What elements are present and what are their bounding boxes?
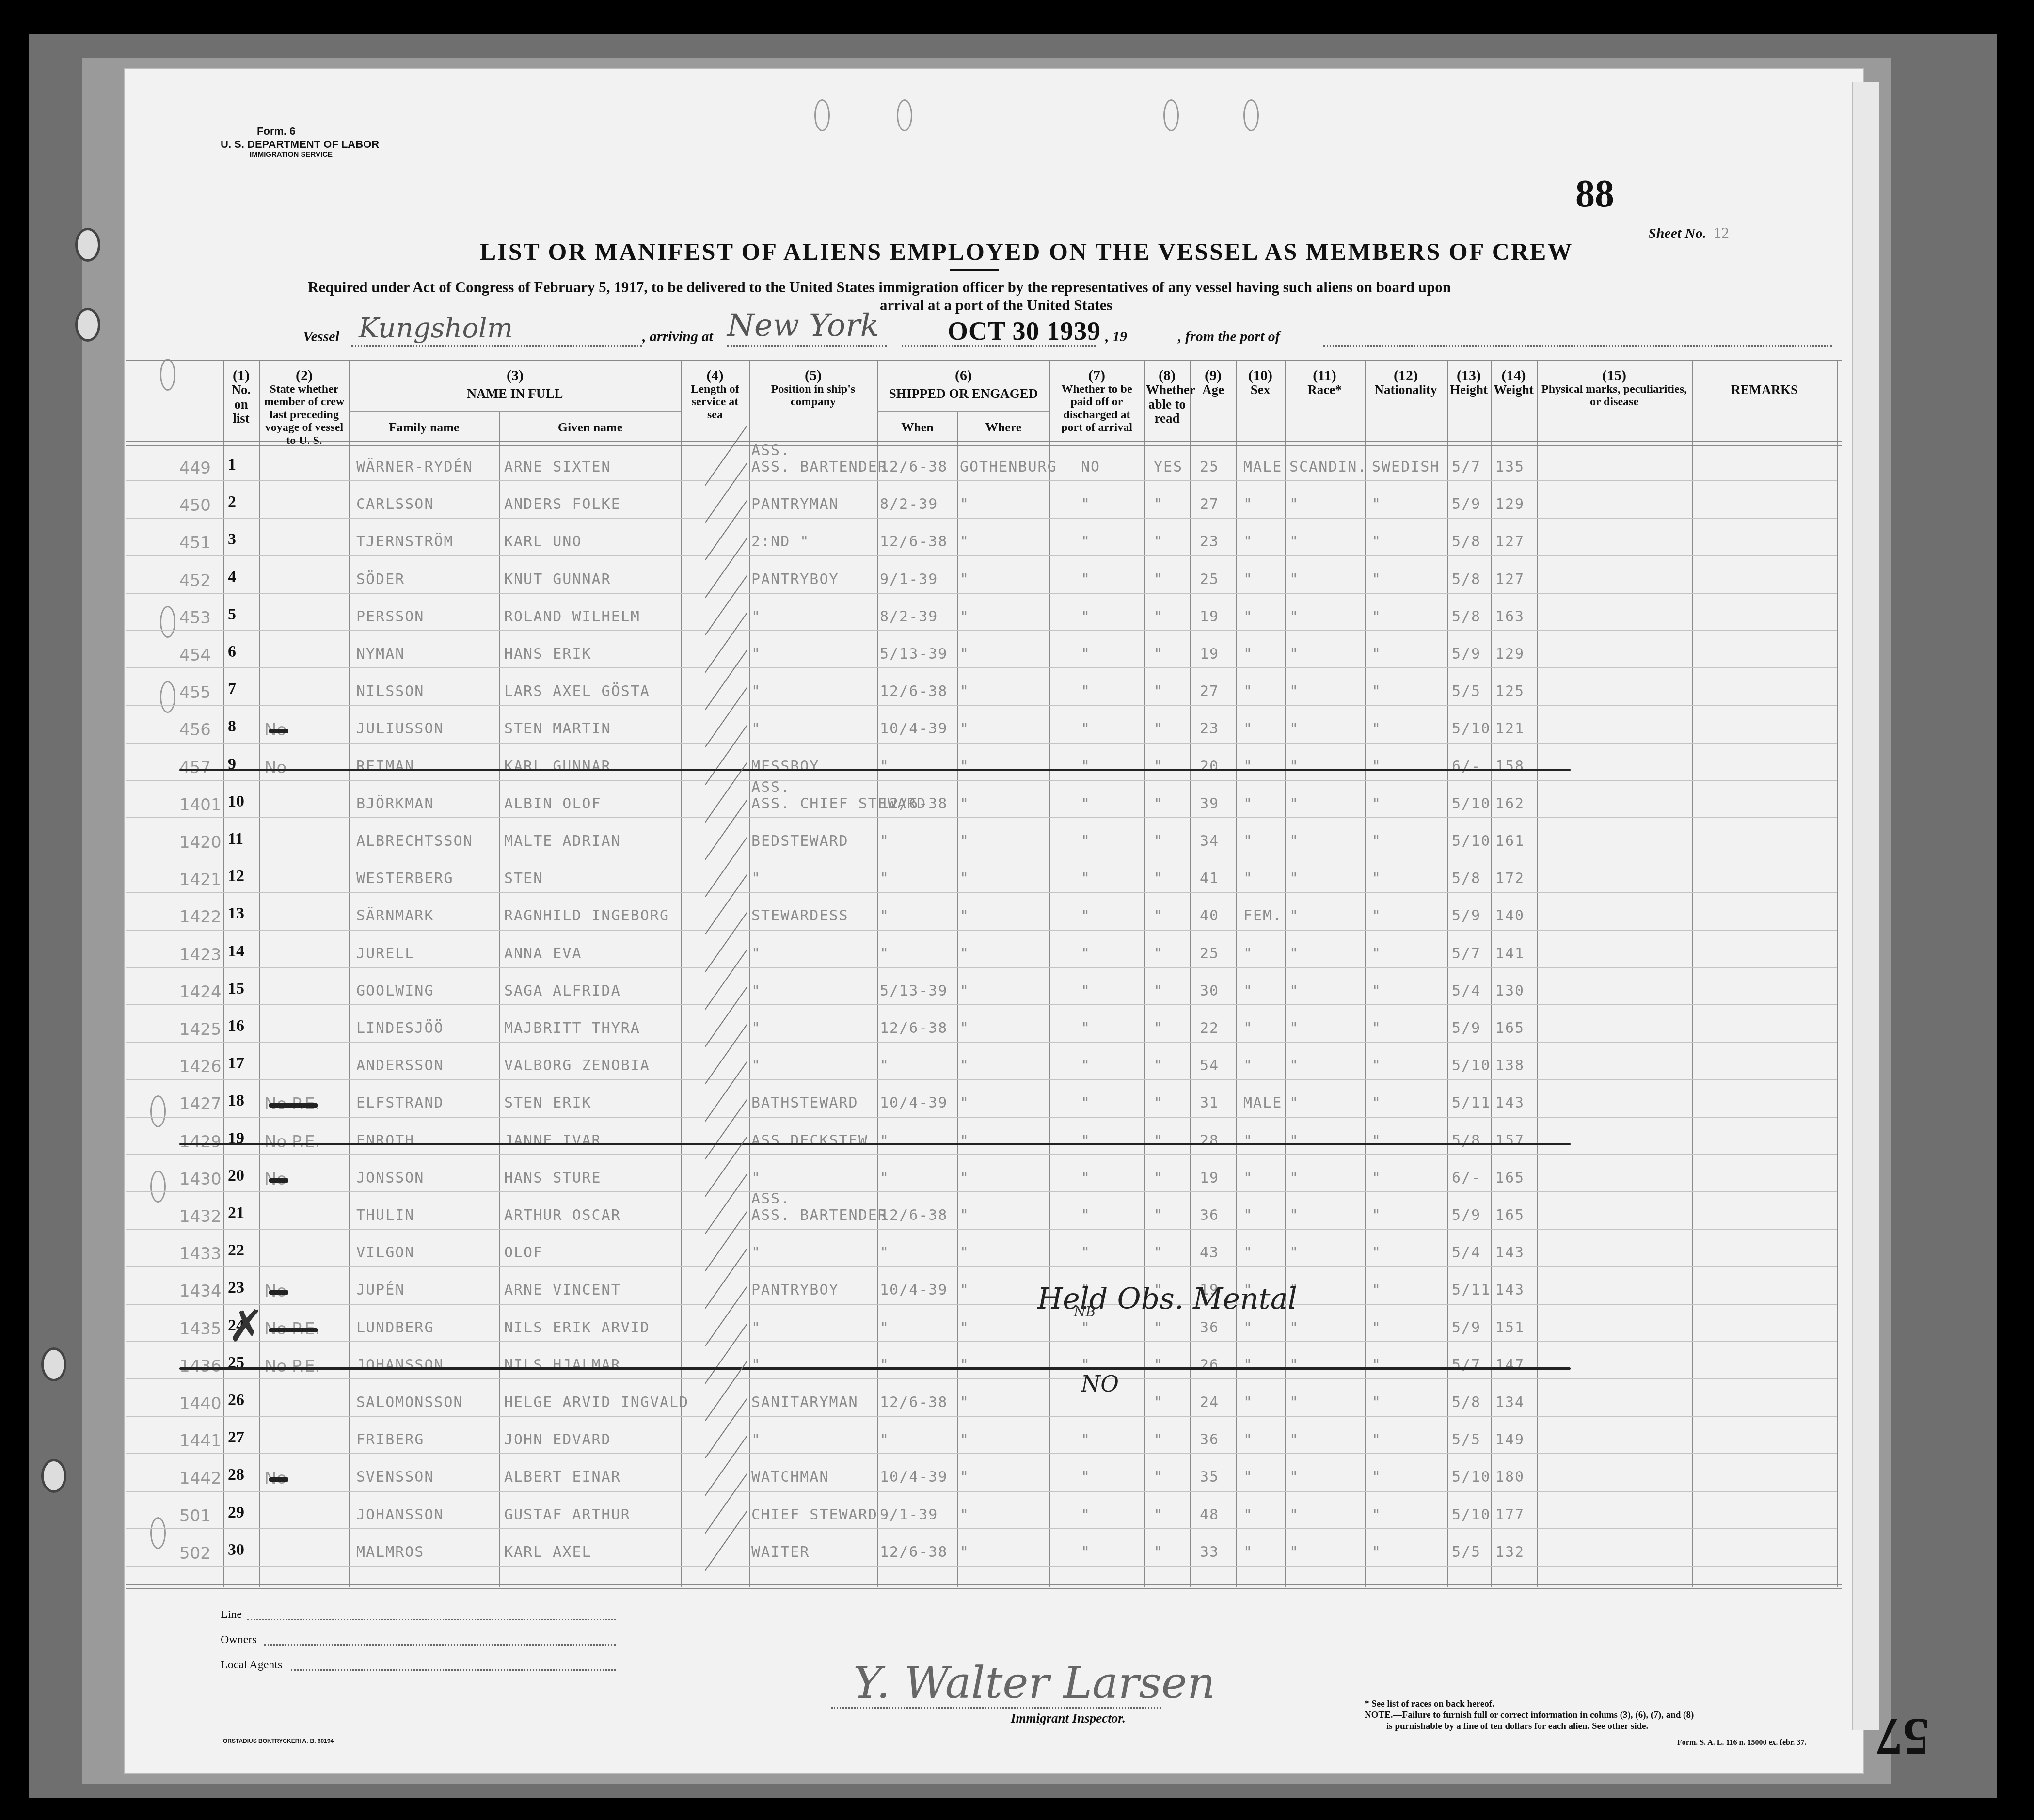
column-header: Height xyxy=(1449,383,1489,397)
column-header: REMARKS xyxy=(1694,383,1835,397)
given-name: KARL AXEL xyxy=(504,1544,592,1561)
shipped-where: " xyxy=(960,1506,969,1523)
shipped-when: 12/6-38 xyxy=(880,1207,948,1224)
punch-hole-icon xyxy=(814,99,830,131)
weight: 165 xyxy=(1495,1170,1525,1187)
given-name: SAGA ALFRIDA xyxy=(504,982,621,999)
prev-voyage-strike xyxy=(269,1290,288,1295)
position: PANTRYBOY xyxy=(751,1282,839,1298)
column-subheader: Family name xyxy=(349,421,499,435)
height: 5/10 xyxy=(1452,720,1491,737)
race: " xyxy=(1289,646,1299,663)
shipped-where: " xyxy=(960,1544,969,1561)
row-rule xyxy=(126,1229,1837,1230)
able-to-read: " xyxy=(1154,795,1163,812)
shipped-where: " xyxy=(960,571,969,588)
race: " xyxy=(1289,945,1299,962)
shipped-where: " xyxy=(960,1282,969,1298)
paid-off: " xyxy=(1081,1431,1091,1448)
row-number: 17 xyxy=(228,1054,244,1073)
paid-off: " xyxy=(1081,1544,1091,1561)
shipped-where: " xyxy=(960,1020,969,1037)
shipped-when: " xyxy=(880,1132,890,1149)
height: 5/7 xyxy=(1452,945,1481,962)
height: 5/10 xyxy=(1452,1057,1491,1074)
age: 39 xyxy=(1200,795,1219,812)
column-header: Length of service at sea xyxy=(683,383,747,421)
height: 5/7 xyxy=(1452,1357,1481,1374)
paid-off: NO xyxy=(1081,459,1100,475)
row-number: 23 xyxy=(228,1279,244,1297)
sex: " xyxy=(1243,870,1253,887)
nationality: " xyxy=(1372,758,1382,775)
shipped-when: " xyxy=(880,870,890,887)
paid-off: " xyxy=(1081,1244,1091,1261)
family-name: JOHANSSON xyxy=(356,1506,444,1523)
position: " xyxy=(751,982,761,999)
weight: 163 xyxy=(1495,608,1525,625)
row-number: 5 xyxy=(228,605,236,624)
shipped-when: 12/6-38 xyxy=(880,795,948,812)
paid-off: " xyxy=(1081,1132,1091,1149)
row-number: 28 xyxy=(228,1466,244,1484)
family-name: TJERNSTRÖM xyxy=(356,533,454,550)
age: 40 xyxy=(1200,907,1219,924)
row-number: 7 xyxy=(228,680,236,698)
height: 5/9 xyxy=(1452,1207,1481,1224)
family-name: REIMAN xyxy=(356,758,414,775)
shipped-when: " xyxy=(880,1057,890,1074)
shipped-where: " xyxy=(960,1132,969,1149)
sex: " xyxy=(1243,1357,1253,1374)
family-name: GOOLWING xyxy=(356,982,434,999)
family-name: LINDESJÖÖ xyxy=(356,1020,444,1037)
height: 5/4 xyxy=(1452,1244,1481,1261)
row-number: 26 xyxy=(228,1391,244,1409)
race-note: * See list of races on back hereof. xyxy=(1365,1699,1494,1709)
position-prefix: ASS. xyxy=(751,779,790,796)
age: 27 xyxy=(1200,496,1219,513)
row-rule xyxy=(126,1266,1837,1267)
binding-hole-icon xyxy=(75,308,100,342)
position: " xyxy=(751,720,761,737)
height: 5/9 xyxy=(1452,646,1481,663)
able-to-read: " xyxy=(1154,608,1163,625)
binding-hole-icon xyxy=(41,1459,66,1493)
height: 5/10 xyxy=(1452,833,1491,850)
position: WAITER xyxy=(751,1544,810,1561)
binding-hole-icon xyxy=(75,228,100,262)
shipped-when: 5/13-39 xyxy=(880,982,948,999)
age: 33 xyxy=(1200,1544,1219,1561)
age: 22 xyxy=(1200,1020,1219,1037)
able-to-read: " xyxy=(1154,758,1163,775)
vessel-name: Kungsholm xyxy=(359,313,513,344)
shipped-when: 12/6-38 xyxy=(880,1394,948,1411)
sex: " xyxy=(1243,533,1253,550)
family-name: NYMAN xyxy=(356,646,405,663)
rownum-ref: 501 xyxy=(179,1506,211,1526)
nationality: " xyxy=(1372,1020,1382,1037)
column-header: SHIPPED OR ENGAGED xyxy=(879,387,1048,401)
row-rule xyxy=(126,1004,1837,1005)
shipped-when: 8/2-39 xyxy=(880,496,938,513)
weight: 165 xyxy=(1495,1020,1525,1037)
paid-off: " xyxy=(1081,945,1091,962)
shipped-where: " xyxy=(960,758,969,775)
height: 5/5 xyxy=(1452,683,1481,700)
column-subheader: Given name xyxy=(499,421,681,435)
able-to-read: " xyxy=(1154,496,1163,513)
family-name: PERSSON xyxy=(356,608,424,625)
inspector-signature: Y. Walter Larsen xyxy=(853,1658,1215,1709)
shipped-where: " xyxy=(960,646,969,663)
weight: 132 xyxy=(1495,1544,1525,1561)
nationality: " xyxy=(1372,795,1382,812)
able-to-read: " xyxy=(1154,1357,1163,1374)
race: " xyxy=(1289,1207,1299,1224)
nationality: " xyxy=(1372,1244,1382,1261)
position-prefix: ASS. xyxy=(751,1190,790,1207)
column-header: Race* xyxy=(1287,383,1363,397)
row-number: 2 xyxy=(228,493,236,511)
able-to-read: " xyxy=(1154,1207,1163,1224)
given-name: HANS ERIK xyxy=(504,646,592,663)
row-strikethrough xyxy=(179,1143,1571,1145)
page-title: LIST OR MANIFEST OF ALIENS EMPLOYED ON T… xyxy=(480,237,1573,266)
weight: 125 xyxy=(1495,683,1525,700)
row-number: 4 xyxy=(228,568,236,586)
form-label: Form. 6 xyxy=(257,125,295,138)
height: 6/- xyxy=(1452,1170,1481,1187)
rownum-ref: 450 xyxy=(179,496,211,515)
column-number: (10) xyxy=(1236,367,1285,383)
position: " xyxy=(751,1431,761,1448)
paid-off: " xyxy=(1081,1207,1091,1224)
rownum-ref: 453 xyxy=(179,608,211,628)
given-name: LARS AXEL GÖSTA xyxy=(504,683,650,700)
family-name: MALMROS xyxy=(356,1544,424,1561)
punch-hole-icon xyxy=(150,1517,166,1549)
weight: 177 xyxy=(1495,1506,1525,1523)
rownum-ref: 449 xyxy=(179,459,211,478)
nationality: " xyxy=(1372,608,1382,625)
race: " xyxy=(1289,720,1299,737)
nationality: " xyxy=(1372,1170,1382,1187)
family-name: FRIBERG xyxy=(356,1431,424,1448)
shipped-when: " xyxy=(880,1170,890,1187)
given-name: HANS STURE xyxy=(504,1170,602,1187)
shipped-when: 10/4-39 xyxy=(880,720,948,737)
row-rule xyxy=(126,967,1837,968)
weight: 143 xyxy=(1495,1094,1525,1111)
race: " xyxy=(1289,571,1299,588)
height: 5/11 xyxy=(1452,1282,1491,1298)
race: " xyxy=(1289,1170,1299,1187)
position: ASS. BARTENDER xyxy=(751,1207,888,1224)
position: STEWARDESS xyxy=(751,907,849,924)
position: " xyxy=(751,608,761,625)
paid-off: " xyxy=(1081,1020,1091,1037)
nationality: " xyxy=(1372,1431,1382,1448)
position: ASS.DECKSTEW. xyxy=(751,1132,878,1149)
row-rule xyxy=(126,930,1837,931)
row-rule xyxy=(126,1566,1837,1567)
weight: 158 xyxy=(1495,758,1525,775)
nationality: " xyxy=(1372,646,1382,663)
shipped-when: 9/1-39 xyxy=(880,1506,938,1523)
rownum-ref: 1434 xyxy=(179,1282,222,1301)
given-name: JOHN EDVARD xyxy=(504,1431,611,1448)
family-name: ALBRECHTSSON xyxy=(356,833,473,850)
height: 5/10 xyxy=(1452,1469,1491,1486)
column-number: (1) xyxy=(223,367,259,383)
given-name: HELGE ARVID INGVALD xyxy=(504,1394,689,1411)
header-bottom-rule xyxy=(126,441,1842,446)
given-name: JANNE IVAR xyxy=(504,1132,602,1149)
age: 25 xyxy=(1200,945,1219,962)
rownum-ref: 454 xyxy=(179,646,211,665)
row-number: 10 xyxy=(228,792,244,811)
rownum-ref: 455 xyxy=(179,683,211,702)
stamp-number: 88 xyxy=(1575,172,1614,216)
nationality: " xyxy=(1372,1207,1382,1224)
row-rule xyxy=(126,1416,1837,1417)
row-rule xyxy=(126,1079,1837,1080)
height: 5/8 xyxy=(1452,608,1481,625)
row-number: 16 xyxy=(228,1017,244,1035)
column-number: (14) xyxy=(1491,367,1537,383)
sex: MALE xyxy=(1243,459,1282,475)
able-to-read: " xyxy=(1154,1544,1163,1561)
column-rule xyxy=(223,361,224,1587)
department-label: U. S. DEPARTMENT OF LABOR xyxy=(221,138,379,151)
handwritten-nb: NB xyxy=(1074,1304,1096,1320)
row-rule xyxy=(126,1378,1837,1379)
arriving-label: , arriving at xyxy=(642,329,713,345)
column-header: Weight xyxy=(1493,383,1535,397)
family-name: WÄRNER-RYDÉN xyxy=(356,459,473,475)
paid-off: " xyxy=(1081,982,1091,999)
nationality: " xyxy=(1372,1319,1382,1336)
form-code: Form. S. A. L. 116 n. 15000 ex. febr. 37… xyxy=(1677,1739,1807,1747)
shipped-when: 12/6-38 xyxy=(880,683,948,700)
row-rule xyxy=(126,1154,1837,1155)
shipped-when: " xyxy=(880,833,890,850)
paid-off: " xyxy=(1081,1506,1091,1523)
column-number: (5) xyxy=(749,367,877,383)
race: " xyxy=(1289,1431,1299,1448)
weight: 157 xyxy=(1495,1132,1525,1149)
sex: " xyxy=(1243,646,1253,663)
nationality: " xyxy=(1372,1057,1382,1074)
family-name: SVENSSON xyxy=(356,1469,434,1486)
shipped-when: 12/6-38 xyxy=(880,459,948,475)
paid-off: " xyxy=(1081,1469,1091,1486)
family-name: ELFSTRAND xyxy=(356,1094,444,1111)
sex: " xyxy=(1243,1057,1253,1074)
nationality: " xyxy=(1372,571,1382,588)
service-label: IMMIGRATION SERVICE xyxy=(250,150,333,158)
race: " xyxy=(1289,1506,1299,1523)
shipped-where: " xyxy=(960,1394,969,1411)
paid-off: " xyxy=(1081,907,1091,924)
given-name: VALBORG ZENOBIA xyxy=(504,1057,650,1074)
given-name: MAJBRITT THYRA xyxy=(504,1020,640,1037)
sex: " xyxy=(1243,1319,1253,1336)
height: 5/8 xyxy=(1452,870,1481,887)
prev-voyage-strike xyxy=(269,1178,288,1183)
rownum-ref: 1422 xyxy=(179,907,222,927)
race: SCANDIN. xyxy=(1289,459,1367,475)
rownum-ref: 1433 xyxy=(179,1244,222,1264)
height: 5/8 xyxy=(1452,1394,1481,1411)
row-strikethrough xyxy=(179,769,1571,771)
row-rule xyxy=(126,555,1837,556)
shipped-where: " xyxy=(960,1057,969,1074)
rownum-ref: 1440 xyxy=(179,1394,222,1413)
row-number: 3 xyxy=(228,530,236,549)
able-to-read: " xyxy=(1154,1132,1163,1149)
column-rule xyxy=(1236,361,1237,1587)
port-field-line xyxy=(727,345,887,347)
given-name: STEN MARTIN xyxy=(504,720,611,737)
age: 31 xyxy=(1200,1094,1219,1111)
sheet-no-value: 12 xyxy=(1714,224,1729,242)
row-rule xyxy=(126,855,1837,855)
prev-voyage-strike xyxy=(269,1328,318,1332)
given-name: ROLAND WILHELM xyxy=(504,608,640,625)
weight: 121 xyxy=(1495,720,1525,737)
able-to-read: " xyxy=(1154,1170,1163,1187)
given-name: NILS HJALMAR xyxy=(504,1357,621,1374)
row-rule xyxy=(126,743,1837,744)
column-number: (3) xyxy=(349,367,681,383)
age: 28 xyxy=(1200,1132,1219,1149)
rownum-ref: 1401 xyxy=(179,795,222,815)
family-name: SÖDER xyxy=(356,571,405,588)
family-name: JUPÉN xyxy=(356,1282,405,1298)
race: " xyxy=(1289,870,1299,887)
family-name: SALOMONSSON xyxy=(356,1394,463,1411)
race: " xyxy=(1289,496,1299,513)
family-name: NILSSON xyxy=(356,683,424,700)
note-line-2: is purnishable by a fine of ten dollars … xyxy=(1386,1721,1648,1732)
owners-label: Owners xyxy=(221,1633,257,1646)
rownum-ref: 1429 xyxy=(179,1132,222,1152)
row-number: 13 xyxy=(228,904,244,923)
race: " xyxy=(1289,1094,1299,1111)
able-to-read: " xyxy=(1154,1506,1163,1523)
family-name: JONSSON xyxy=(356,1170,424,1187)
punch-hole-icon xyxy=(160,681,175,713)
sex: " xyxy=(1243,720,1253,737)
given-name: OLOF xyxy=(504,1244,543,1261)
sex: " xyxy=(1243,1207,1253,1224)
height: 5/8 xyxy=(1452,533,1481,550)
sex: " xyxy=(1243,945,1253,962)
nationality: " xyxy=(1372,1094,1382,1111)
paid-off: " xyxy=(1081,795,1091,812)
column-number: (9) xyxy=(1190,367,1236,383)
shipped-where: " xyxy=(960,1207,969,1224)
row-rule xyxy=(126,667,1837,668)
sex: " xyxy=(1243,1544,1253,1561)
weight: 165 xyxy=(1495,1207,1525,1224)
able-to-read: " xyxy=(1154,533,1163,550)
position: " xyxy=(751,1319,761,1336)
column-rule xyxy=(1285,361,1286,1587)
nationality: " xyxy=(1372,870,1382,887)
sex: " xyxy=(1243,1244,1253,1261)
row-rule xyxy=(126,892,1837,893)
column-rule xyxy=(259,361,260,1587)
given-name: KARL UNO xyxy=(504,533,582,550)
weight: 143 xyxy=(1495,1244,1525,1261)
shipped-where: " xyxy=(960,1170,969,1187)
race: " xyxy=(1289,1132,1299,1149)
row-rule xyxy=(126,1191,1837,1192)
printer-mark: ORSTADIUS BOKTRYCKERI A.-B. 60194 xyxy=(223,1738,334,1744)
given-name: MALTE ADRIAN xyxy=(504,833,621,850)
row-rule xyxy=(126,1453,1837,1454)
vessel-label: Vessel xyxy=(303,329,339,345)
age: 35 xyxy=(1200,1469,1219,1486)
height: 5/9 xyxy=(1452,496,1481,513)
weight: 141 xyxy=(1495,945,1525,962)
row-rule xyxy=(126,593,1837,594)
from-port-field-line xyxy=(1323,345,1832,347)
weight: 149 xyxy=(1495,1431,1525,1448)
owners-field xyxy=(264,1644,616,1646)
position: CHIEF STEWARD xyxy=(751,1506,878,1523)
given-name: ALBERT EINAR xyxy=(504,1469,621,1486)
paid-off: " xyxy=(1081,720,1091,737)
race: " xyxy=(1289,608,1299,625)
paid-off: " xyxy=(1081,683,1091,700)
shipped-when: 5/13-39 xyxy=(880,646,948,663)
given-name: KARL GUNNAR xyxy=(504,758,611,775)
shipped-when: 12/6-38 xyxy=(880,533,948,550)
prev-voyage-strike xyxy=(269,1477,288,1482)
column-header: State whether member of crew last preced… xyxy=(261,383,347,447)
age: 36 xyxy=(1200,1431,1219,1448)
sex: " xyxy=(1243,982,1253,999)
row-number: 20 xyxy=(228,1167,244,1185)
able-to-read: " xyxy=(1154,720,1163,737)
shipped-where: " xyxy=(960,833,969,850)
age: 25 xyxy=(1200,571,1219,588)
column-rule xyxy=(1144,361,1145,1587)
prev-voyage-strike xyxy=(269,729,288,733)
nationality: " xyxy=(1372,982,1382,999)
paid-off: " xyxy=(1081,1319,1091,1336)
column-header: Physical marks, peculiarities, or diseas… xyxy=(1539,383,1690,409)
height: 5/7 xyxy=(1452,459,1481,475)
sex: " xyxy=(1243,1132,1253,1149)
given-name: NILS ERIK ARVID xyxy=(504,1319,650,1336)
local-agents-field xyxy=(291,1669,616,1671)
sex: FEM. xyxy=(1243,907,1282,924)
shipped-where: " xyxy=(960,1319,969,1336)
row-rule xyxy=(126,817,1837,818)
able-to-read: " xyxy=(1154,1094,1163,1111)
position: 2:ND " xyxy=(751,533,810,550)
sheet-no-label: Sheet No. xyxy=(1648,225,1706,242)
race: " xyxy=(1289,533,1299,550)
table-top-rule xyxy=(126,360,1842,364)
able-to-read: " xyxy=(1154,907,1163,924)
